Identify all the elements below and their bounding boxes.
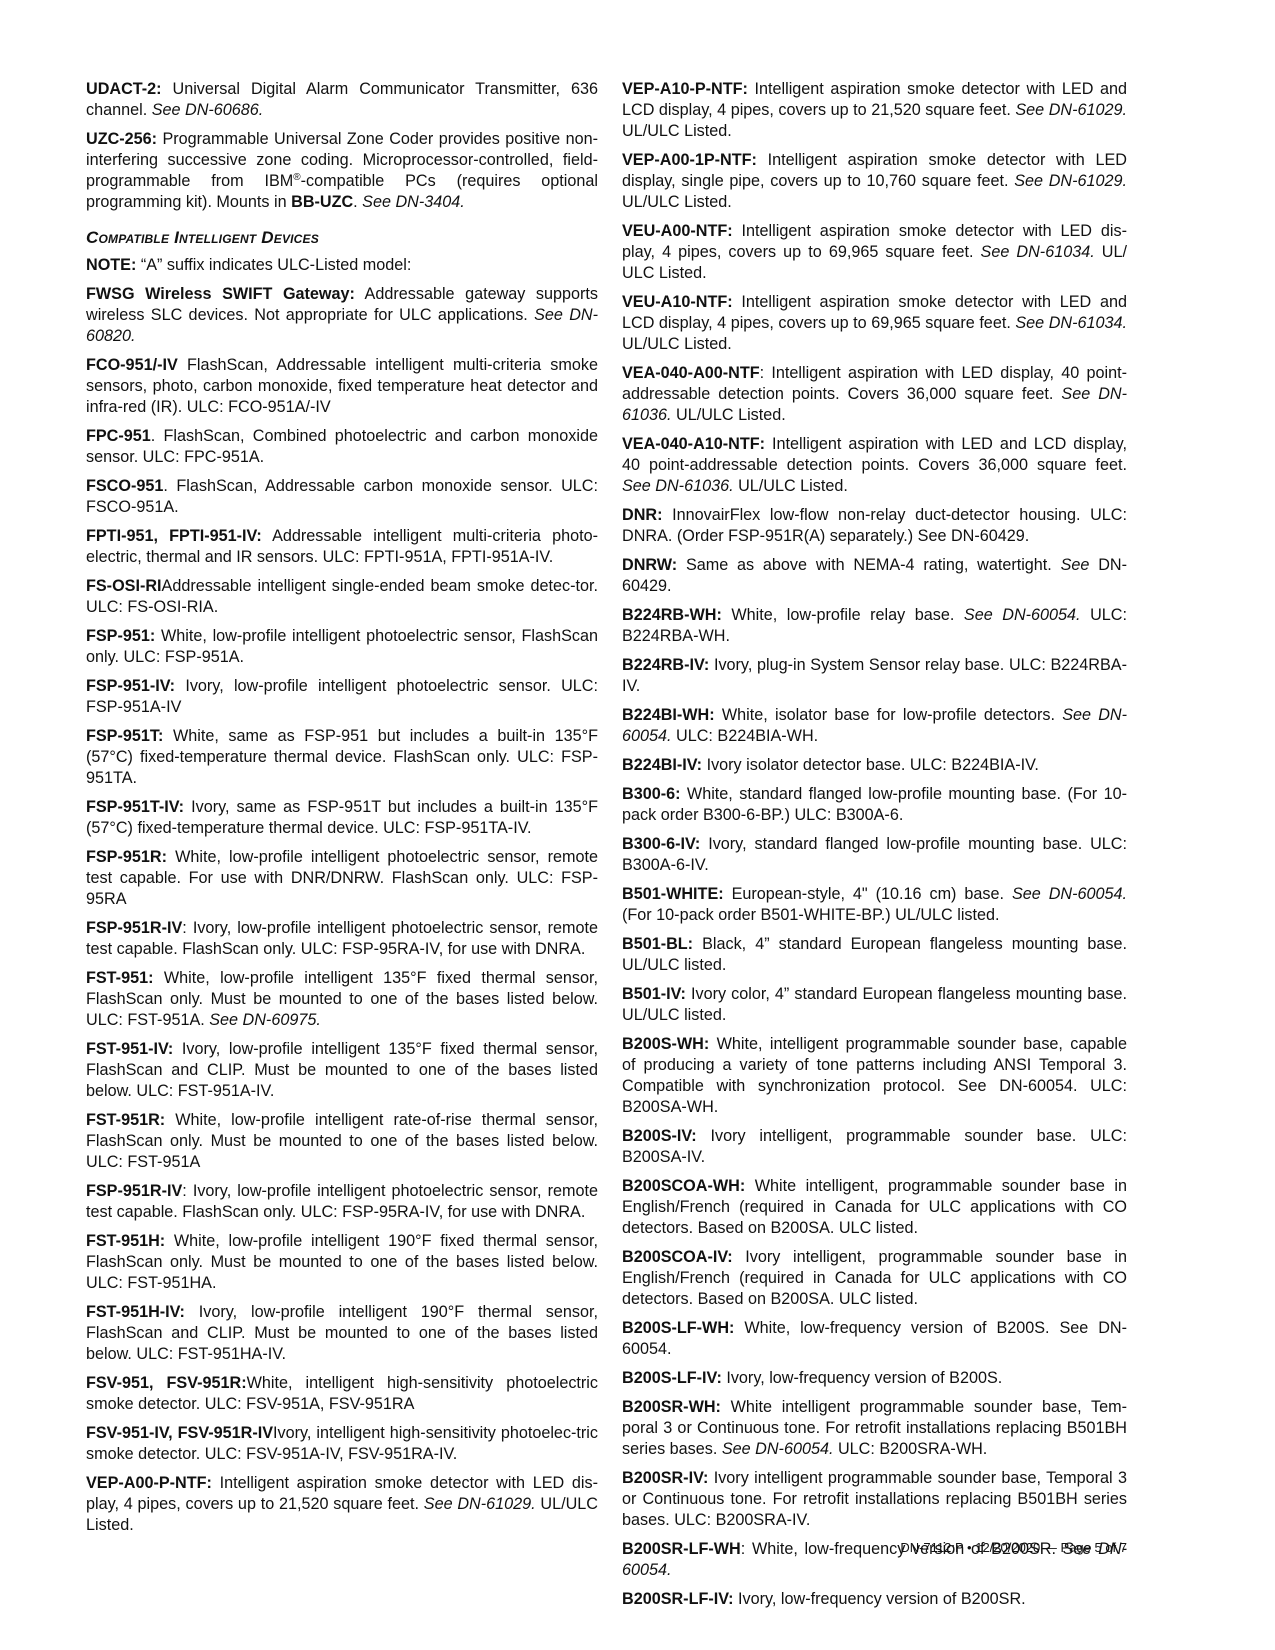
product-model-label: UDACT-2: <box>86 80 162 98</box>
product-entry: FSP-951T-IV: Ivory, same as FSP-951T but… <box>86 797 598 839</box>
product-description: ULC: B200SRA-WH. <box>833 1440 987 1458</box>
product-description: Ivory isolator detector base. ULC: B224B… <box>702 756 1039 774</box>
product-model-label: FSP-951T: <box>86 727 163 745</box>
product-entry: FST-951-IV: Ivory, low-profile intellige… <box>86 1039 598 1102</box>
product-entry: B224BI-IV: Ivory isolator detector base.… <box>622 755 1127 776</box>
datasheet-reference: See DN-3404. <box>362 193 465 211</box>
product-entry: B501-BL: Black, 4” standard European fla… <box>622 934 1127 976</box>
product-model-label: VEU-A00-NTF: <box>622 222 733 240</box>
product-entry: B200SR-WH: White intelligent programmabl… <box>622 1397 1127 1460</box>
product-model-label: VEA-040-A10-NTF: <box>622 435 765 453</box>
product-description: UL/ULC Listed. <box>622 193 732 211</box>
product-entry: VEP-A10-P-NTF: Intelligent aspiration sm… <box>622 79 1127 142</box>
left-column: UDACT-2: Universal Digital Alarm Communi… <box>86 79 598 1544</box>
product-entry: VEU-A10-NTF: Intelligent aspiration smok… <box>622 292 1127 355</box>
product-entry: B300-6: White, standard flanged low-prof… <box>622 784 1127 826</box>
product-model-label: FPC-951 <box>86 427 151 445</box>
product-entry: FWSG Wireless SWIFT Gateway: Addressable… <box>86 284 598 347</box>
product-entry: B224BI-WH: White, isolator base for low-… <box>622 705 1127 747</box>
product-entry: FSP-951R-IV: Ivory, low-profile intellig… <box>86 1181 598 1223</box>
product-description: (For 10-pack order B501-WHITE-BP.) UL/UL… <box>622 906 1000 924</box>
datasheet-reference: See DN-60975. <box>209 1011 321 1029</box>
product-model-label: VEP-A10-P-NTF: <box>622 80 748 98</box>
product-entry: B200SR-LF-IV: Ivory, low-frequency versi… <box>622 1589 1127 1610</box>
datasheet-reference: See DN-61036. <box>622 477 734 495</box>
page-footer: DN-7112:P • 12/20/2020 — Page 5 of 7 <box>860 1540 1127 1556</box>
product-entry: VEA-040-A10-NTF: Intelligent aspiration … <box>622 434 1127 497</box>
product-model-label: B200SR-LF-WH <box>622 1540 741 1558</box>
product-model-label: B200S-IV: <box>622 1127 697 1145</box>
datasheet-reference: See DN-60054. <box>722 1440 834 1458</box>
product-model-label: FPTI-951, FPTI-951-IV: <box>86 527 262 545</box>
datasheet-reference: See DN-60054. <box>1012 885 1127 903</box>
product-description: White, low-profile relay base. <box>722 606 964 624</box>
product-model-label: FSP-951R: <box>86 848 167 866</box>
product-model-label: FCO-951/-IV <box>86 356 178 374</box>
product-entry: DNR: InnovairFlex low-flow non-relay duc… <box>622 505 1127 547</box>
product-model-label: FS-OSI-RI <box>86 577 162 595</box>
product-model-label: B200S-LF-IV: <box>622 1369 722 1387</box>
product-model-label: FSCO-951 <box>86 477 163 495</box>
product-model-label: B200SR-WH: <box>622 1398 721 1416</box>
datasheet-reference: See DN-61034. <box>981 243 1095 261</box>
product-entry: VEA-040-A00-NTF: Intelligent aspiration … <box>622 363 1127 426</box>
product-model-label: FSP-951-IV: <box>86 677 175 695</box>
product-entry: VEU-A00-NTF: Intelligent aspiration smok… <box>622 221 1127 284</box>
product-model-label: NOTE: <box>86 256 136 274</box>
product-entry: B200SCOA-WH: White intelligent, programm… <box>622 1176 1127 1239</box>
datasheet-reference: See <box>1061 556 1090 574</box>
product-description: White, isolator base for low-profile det… <box>715 706 1063 724</box>
product-entry: B224RB-IV: Ivory, plug-in System Sensor … <box>622 655 1127 697</box>
product-entry: UDACT-2: Universal Digital Alarm Communi… <box>86 79 598 121</box>
product-model-label: VEP-A00-P-NTF: <box>86 1474 212 1492</box>
product-description: Same as above with NEMA-4 rating, watert… <box>677 556 1060 574</box>
product-description: Ivory, low-frequency version of B200S. <box>722 1369 1002 1387</box>
right-column: VEP-A10-P-NTF: Intelligent aspiration sm… <box>622 79 1127 1618</box>
product-description: Ivory color, 4” standard European flange… <box>622 985 1127 1024</box>
datasheet-reference: See DN-61029. <box>1014 172 1127 190</box>
product-model-label: B501-BL: <box>622 935 693 953</box>
product-entry: B200S-LF-WH: White, low-frequency versio… <box>622 1318 1127 1360</box>
product-description: ULC: B224BIA-WH. <box>672 727 819 745</box>
datasheet-reference: See DN-61029. <box>424 1495 536 1513</box>
datasheet-reference: See DN-60054. <box>964 606 1081 624</box>
product-model-label: UZC-256: <box>86 130 157 148</box>
product-entry: B200S-WH: White, intelligent programmabl… <box>622 1034 1127 1118</box>
product-model-label: B200SCOA-WH: <box>622 1177 745 1195</box>
product-model-label: DNR: <box>622 506 662 524</box>
product-model-label: DNRW: <box>622 556 677 574</box>
product-entry: FSP-951T: White, same as FSP-951 but inc… <box>86 726 598 789</box>
product-description: UL/ULC Listed. <box>622 335 732 353</box>
product-entry: NOTE: “A” suffix indicates ULC-Listed mo… <box>86 255 598 276</box>
product-description: “A” suffix indicates ULC-Listed model: <box>136 256 411 274</box>
product-entry: FSP-951: White, low-profile intelligent … <box>86 626 598 668</box>
product-model-label: FST-951-IV: <box>86 1040 173 1058</box>
product-entry: B200SCOA-IV: Ivory intelligent, programm… <box>622 1247 1127 1310</box>
product-model-label: VEU-A10-NTF: <box>622 293 733 311</box>
product-description: White, low-profile intelligent 135°F fix… <box>86 969 598 1029</box>
product-model-label: B200SCOA-IV: <box>622 1248 733 1266</box>
product-model-label: B224BI-WH: <box>622 706 715 724</box>
product-model-label: B200SR-LF-IV: <box>622 1590 734 1608</box>
product-description: Ivory intelligent, programmable sounder … <box>622 1127 1127 1166</box>
product-entry: FSP-951R: White, low-profile intelligent… <box>86 847 598 910</box>
product-description: UL/ULC Listed. <box>672 406 786 424</box>
product-model-label: VEP-A00-1P-NTF: <box>622 151 757 169</box>
datasheet-reference: See DN-61034. <box>1015 314 1127 332</box>
product-entry: DNRW: Same as above with NEMA-4 rating, … <box>622 555 1127 597</box>
product-model-label: B200SR-IV: <box>622 1469 708 1487</box>
product-description: Ivory, low-frequency version of B200SR. <box>734 1590 1026 1608</box>
product-description: . FlashScan, Addressable carbon monoxide… <box>86 477 598 516</box>
product-entry: B224RB-WH: White, low-profile relay base… <box>622 605 1127 647</box>
product-model-label: B224BI-IV: <box>622 756 702 774</box>
product-model-label: FST-951: <box>86 969 153 987</box>
product-model-label: FWSG Wireless SWIFT Gateway: <box>86 285 355 303</box>
product-model-label: FST-951H-IV: <box>86 1303 185 1321</box>
product-entry: FST-951H: White, low-profile intelligent… <box>86 1231 598 1294</box>
product-entry: VEP-A00-1P-NTF: Intelligent aspiration s… <box>622 150 1127 213</box>
product-entry: B300-6-IV: Ivory, standard flanged low-p… <box>622 834 1127 876</box>
product-entry: FST-951R: White, low-profile intelligent… <box>86 1110 598 1173</box>
product-description: InnovairFlex low-flow non-relay duct-det… <box>622 506 1127 545</box>
product-description: White, low-profile intelligent photoelec… <box>86 627 598 666</box>
product-entry: UZC-256: Programmable Universal Zone Cod… <box>86 129 598 213</box>
product-model-label: B501-IV: <box>622 985 686 1003</box>
product-model-label: B224RB-WH: <box>622 606 722 624</box>
product-entry: FST-951H-IV: Ivory, low-profile intellig… <box>86 1302 598 1365</box>
product-description: . <box>353 193 362 211</box>
product-description: UL/ULC Listed. <box>734 477 848 495</box>
product-entry: FSCO-951. FlashScan, Addressable carbon … <box>86 476 598 518</box>
product-model-label: B300-6: <box>622 785 680 803</box>
product-model-label: FSP-951R-IV <box>86 1182 182 1200</box>
product-description: UL/ULC Listed. <box>622 122 732 140</box>
product-model-label: FSV-951, FSV-951R: <box>86 1374 247 1392</box>
product-description: Black, 4” standard European flangeless m… <box>622 935 1127 974</box>
product-description: . FlashScan, Combined photoelectric and … <box>86 427 598 466</box>
product-entry: FST-951: White, low-profile intelligent … <box>86 968 598 1031</box>
product-model-label: FSP-951R-IV <box>86 919 182 937</box>
product-model-label: FSP-951: <box>86 627 155 645</box>
product-description: White, standard flanged low-profile moun… <box>622 785 1127 824</box>
product-model-label: FSP-951T-IV: <box>86 798 184 816</box>
product-model-label: FSV-951-IV, FSV-951R-IV <box>86 1424 273 1442</box>
product-entry: FCO-951/-IV FlashScan, Addressable intel… <box>86 355 598 418</box>
product-entry: B200S-IV: Ivory intelligent, programmabl… <box>622 1126 1127 1168</box>
product-model-label: FST-951R: <box>86 1111 165 1129</box>
product-entry: FSV-951-IV, FSV-951R-IVIvory, intelligen… <box>86 1423 598 1465</box>
product-entry: FPC-951. FlashScan, Combined photoelectr… <box>86 426 598 468</box>
product-entry: FS-OSI-RIAddressable intelligent single-… <box>86 576 598 618</box>
product-description: White, same as FSP-951 but includes a bu… <box>86 727 598 787</box>
product-model-label: B501-WHITE: <box>622 885 724 903</box>
datasheet-reference: See DN-61029. <box>1015 101 1127 119</box>
product-entry: VEP-A00-P-NTF: Intelligent aspiration sm… <box>86 1473 598 1536</box>
product-model-label: BB-UZC <box>291 193 353 211</box>
product-entry: B200SR-IV: Ivory intelligent programmabl… <box>622 1468 1127 1531</box>
section-heading: Compatible Intelligent Devices <box>86 227 598 248</box>
product-model-label: B224RB-IV: <box>622 656 709 674</box>
product-entry: B200S-LF-IV: Ivory, low-frequency versio… <box>622 1368 1127 1389</box>
product-description: European-style, 4" (10.16 cm) base. <box>724 885 1012 903</box>
product-model-label: B200S-LF-WH: <box>622 1319 734 1337</box>
product-entry: FPTI-951, FPTI-951-IV: Addressable intel… <box>86 526 598 568</box>
product-model-label: B200S-WH: <box>622 1035 709 1053</box>
product-entry: FSP-951R-IV: Ivory, low-profile intellig… <box>86 918 598 960</box>
product-entry: B501-WHITE: European-style, 4" (10.16 cm… <box>622 884 1127 926</box>
registered-mark: ® <box>293 172 300 183</box>
datasheet-reference: See DN-60686. <box>152 101 264 119</box>
product-model-label: VEA-040-A00-NTF <box>622 364 760 382</box>
product-description: Addressable intelligent single-ended bea… <box>86 577 598 616</box>
product-model-label: B300-6-IV: <box>622 835 700 853</box>
product-entry: B501-IV: Ivory color, 4” standard Europe… <box>622 984 1127 1026</box>
product-entry: FSP-951-IV: Ivory, low-profile intellige… <box>86 676 598 718</box>
product-model-label: FST-951H: <box>86 1232 165 1250</box>
product-entry: FSV-951, FSV-951R:White, intelligent hig… <box>86 1373 598 1415</box>
